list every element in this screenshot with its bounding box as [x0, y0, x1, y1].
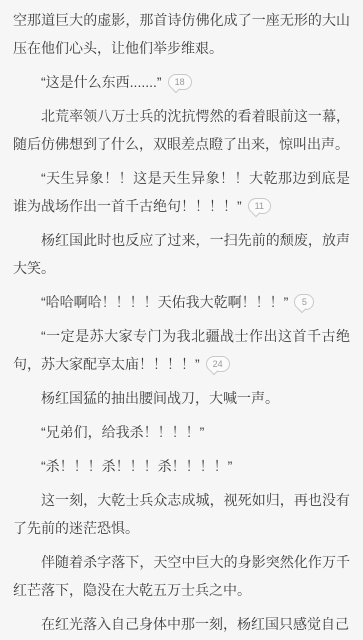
paragraph: “兄弟们，给我杀！！！！”	[13, 418, 350, 446]
comment-count-badge[interactable]: 24	[206, 356, 230, 372]
paragraph-text: 北荒率领八万士兵的沈抗愕然的看着眼前这一幕，随后仿佛想到了什么，双眼差点瞪了出来…	[13, 108, 350, 152]
paragraph-text: “天生异象！！这是天生异象！！大乾那边到底是谁为战场作出一首千古绝句！！！！”	[13, 170, 350, 214]
paragraph-text: “这是什么东西.......”	[41, 74, 162, 90]
paragraph: 伴随着杀字落下，天空中巨大的身影突然化作万千红芒落下，隐没在大乾五万士兵之中。	[13, 548, 350, 604]
paragraph: “天生异象！！这是天生异象！！大乾那边到底是谁为战场作出一首千古绝句！！！！”1…	[13, 164, 350, 220]
comment-count-badge[interactable]: 11	[248, 198, 271, 214]
paragraph-text: “一定是苏大家专门为我北疆战士作出这首千古绝句，苏大家配享太庙！！！！”	[13, 328, 350, 372]
paragraph: 空那道巨大的虚影，那首诗仿佛化成了一座无形的大山压在他们心头，让他们举步维艰。	[13, 6, 350, 62]
paragraph-text: “哈哈啊哈！！！！天佑我大乾啊！！！”	[41, 294, 288, 310]
paragraph-text: 空那道巨大的虚影，那首诗仿佛化成了一座无形的大山压在他们心头，让他们举步维艰。	[13, 12, 350, 56]
paragraph: 在红光落入自己身体中那一刻，杨红国只感觉自己	[13, 610, 350, 638]
paragraph-text: 在红光落入自己身体中那一刻，杨红国只感觉自己	[41, 616, 349, 632]
paragraph-text: 杨红国此时也反应了过来，一扫先前的颓废，放声大笑。	[13, 232, 350, 276]
paragraph: 这一刻，大乾士兵众志成城，视死如归，再也没有了先前的迷茫恐惧。	[13, 486, 350, 542]
paragraph-text: “兄弟们，给我杀！！！！”	[41, 424, 204, 440]
paragraph: “哈哈啊哈！！！！天佑我大乾啊！！！”5	[13, 288, 350, 316]
paragraph-text: 这一刻，大乾士兵众志成城，视死如归，再也没有了先前的迷茫恐惧。	[13, 492, 350, 536]
paragraph: “杀！！！杀！！！杀！！！！”	[13, 452, 350, 480]
paragraph: “一定是苏大家专门为我北疆战士作出这首千古绝句，苏大家配享太庙！！！！”24	[13, 322, 350, 378]
paragraph: “这是什么东西.......”18	[13, 68, 350, 96]
comment-count-badge[interactable]: 5	[294, 294, 314, 310]
reading-content: 空那道巨大的虚影，那首诗仿佛化成了一座无形的大山压在他们心头，让他们举步维艰。 …	[0, 0, 363, 640]
reader-page: { "page": { "background_color": "#f6f6f6…	[0, 0, 363, 640]
comment-count-badge[interactable]: 18	[168, 74, 192, 90]
paragraph: 北荒率领八万士兵的沈抗愕然的看着眼前这一幕，随后仿佛想到了什么，双眼差点瞪了出来…	[13, 102, 350, 158]
paragraph-text: 杨红国猛的抽出腰间战刀，大喊一声。	[41, 390, 279, 406]
paragraph-text: “杀！！！杀！！！杀！！！！”	[41, 458, 232, 474]
paragraph: 杨红国猛的抽出腰间战刀，大喊一声。	[13, 384, 350, 412]
paragraph: 杨红国此时也反应了过来，一扫先前的颓废，放声大笑。	[13, 226, 350, 282]
paragraph-text: 伴随着杀字落下，天空中巨大的身影突然化作万千红芒落下，隐没在大乾五万士兵之中。	[13, 554, 350, 598]
